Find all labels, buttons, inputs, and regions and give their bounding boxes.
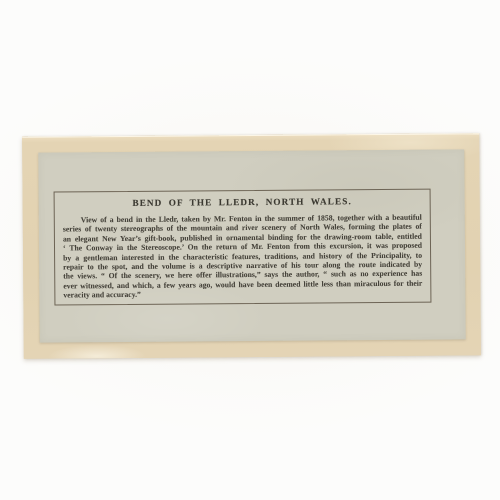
label-title: BEND OF THE LLEDR, NORTH WALES. bbox=[63, 196, 422, 209]
label-border-box: BEND OF THE LLEDR, NORTH WALES. View of … bbox=[54, 189, 432, 306]
label-paper: BEND OF THE LLEDR, NORTH WALES. View of … bbox=[38, 149, 465, 342]
mount-card: BEND OF THE LLEDR, NORTH WALES. View of … bbox=[22, 133, 481, 359]
paragraph-line: veracity and accuracy.” bbox=[63, 288, 422, 300]
scan-background: BEND OF THE LLEDR, NORTH WALES. View of … bbox=[0, 0, 500, 500]
label-paragraph: View of a bend in the Lledr, taken by Mr… bbox=[63, 213, 423, 300]
